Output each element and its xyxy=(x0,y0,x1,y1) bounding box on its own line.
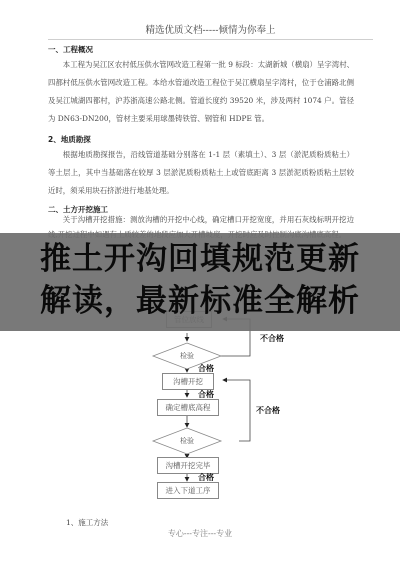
flowchart-label-fail-1: 不合格 xyxy=(260,333,284,344)
flowchart-label-pass-2: 合格 xyxy=(198,389,214,400)
overlay-title: 推土开沟回填规范更新 解读，最新标准全解析 xyxy=(0,238,400,322)
overlay-title-line-1: 推土开沟回填规范更新 xyxy=(0,238,400,280)
flowchart-label-fail-2: 不合格 xyxy=(256,405,280,416)
subsection-heading-method: 1、施工方法 xyxy=(66,517,108,528)
flowchart-node-inspect-1: 检验 xyxy=(167,351,207,361)
flowchart-label-pass-1: 合格 xyxy=(198,363,214,374)
flowchart-node-bottom-elevation: 确定槽底高程 xyxy=(157,399,219,416)
flowchart-label-pass-3: 合格 xyxy=(198,472,214,483)
flowchart-node-next-process: 进入下道工序 xyxy=(157,482,219,499)
flowchart-node-trench-excavation: 沟槽开挖 xyxy=(162,373,214,390)
document-footer: 专心---专注---专业 xyxy=(0,528,400,539)
flowchart-node-inspect-2: 检验 xyxy=(167,436,207,446)
overlay-title-line-2: 解读，最新标准全解析 xyxy=(0,280,400,322)
